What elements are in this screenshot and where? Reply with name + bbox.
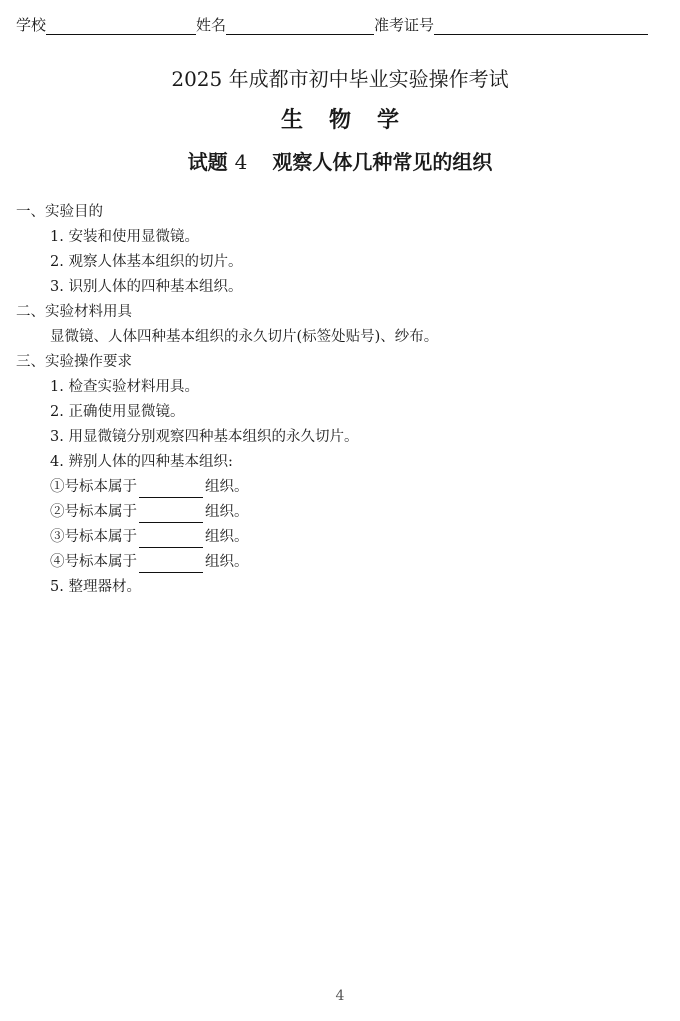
school-label: 学校 [16, 14, 46, 35]
list-item: 1. 安装和使用显微镜。 [16, 226, 438, 251]
list-item: 3. 用显微镜分别观察四种基本组织的永久切片。 [16, 426, 438, 451]
fill-suffix: 组织。 [205, 529, 249, 545]
list-item: 2. 观察人体基本组织的切片。 [16, 251, 438, 276]
question-topic: 观察人体几种常见的组织 [272, 150, 492, 174]
fill-item: ②号标本属于组织。 [16, 501, 438, 526]
fill-prefix: ④号标本属于 [50, 554, 137, 570]
name-label: 姓名 [196, 14, 226, 35]
fill-prefix: ①号标本属于 [50, 479, 137, 495]
section-heading: 三、实验操作要求 [16, 351, 438, 376]
name-field[interactable] [226, 17, 374, 35]
fill-item: ④号标本属于组织。 [16, 551, 438, 576]
answer-blank-2[interactable] [139, 507, 203, 523]
list-item: 3. 识别人体的四种基本组织。 [16, 276, 438, 301]
fill-suffix: 组织。 [205, 554, 249, 570]
section-heading: 二、实验材料用具 [16, 301, 438, 326]
fill-item: ①号标本属于组织。 [16, 476, 438, 501]
question-label: 试题 [188, 150, 228, 174]
fill-prefix: ③号标本属于 [50, 529, 137, 545]
subject-title: 生物学 [0, 103, 680, 134]
school-field[interactable] [46, 17, 196, 35]
question-number: 4 [235, 150, 248, 174]
exam-title: 2025 年成都市初中毕业实验操作考试 [0, 63, 680, 92]
section-heading: 一、实验目的 [16, 201, 438, 226]
exam-content: 一、实验目的 1. 安装和使用显微镜。 2. 观察人体基本组织的切片。 3. 识… [16, 201, 438, 601]
answer-blank-1[interactable] [139, 482, 203, 498]
list-item: 2. 正确使用显微镜。 [16, 401, 438, 426]
list-item: 显微镜、人体四种基本组织的永久切片(标签处贴号)、纱布。 [16, 326, 438, 351]
exam-year: 2025 [171, 67, 222, 91]
answer-blank-4[interactable] [139, 557, 203, 573]
answer-blank-3[interactable] [139, 532, 203, 548]
list-item: 4. 辨别人体的四种基本组织: [16, 451, 438, 476]
fill-item: ③号标本属于组织。 [16, 526, 438, 551]
list-item: 1. 检查实验材料用具。 [16, 376, 438, 401]
list-item: 5. 整理器材。 [16, 576, 438, 601]
exam-title-main: 年成都市初中毕业实验操作考试 [229, 67, 509, 91]
question-title: 试题 4 观察人体几种常见的组织 [0, 146, 680, 175]
exam-id-field[interactable] [434, 17, 648, 35]
fill-suffix: 组织。 [205, 479, 249, 495]
fill-suffix: 组织。 [205, 504, 249, 520]
exam-id-label: 准考证号 [374, 14, 434, 35]
student-info-line: 学校 姓名 准考证号 [16, 14, 664, 35]
fill-prefix: ②号标本属于 [50, 504, 137, 520]
page-number: 4 [0, 988, 680, 1004]
